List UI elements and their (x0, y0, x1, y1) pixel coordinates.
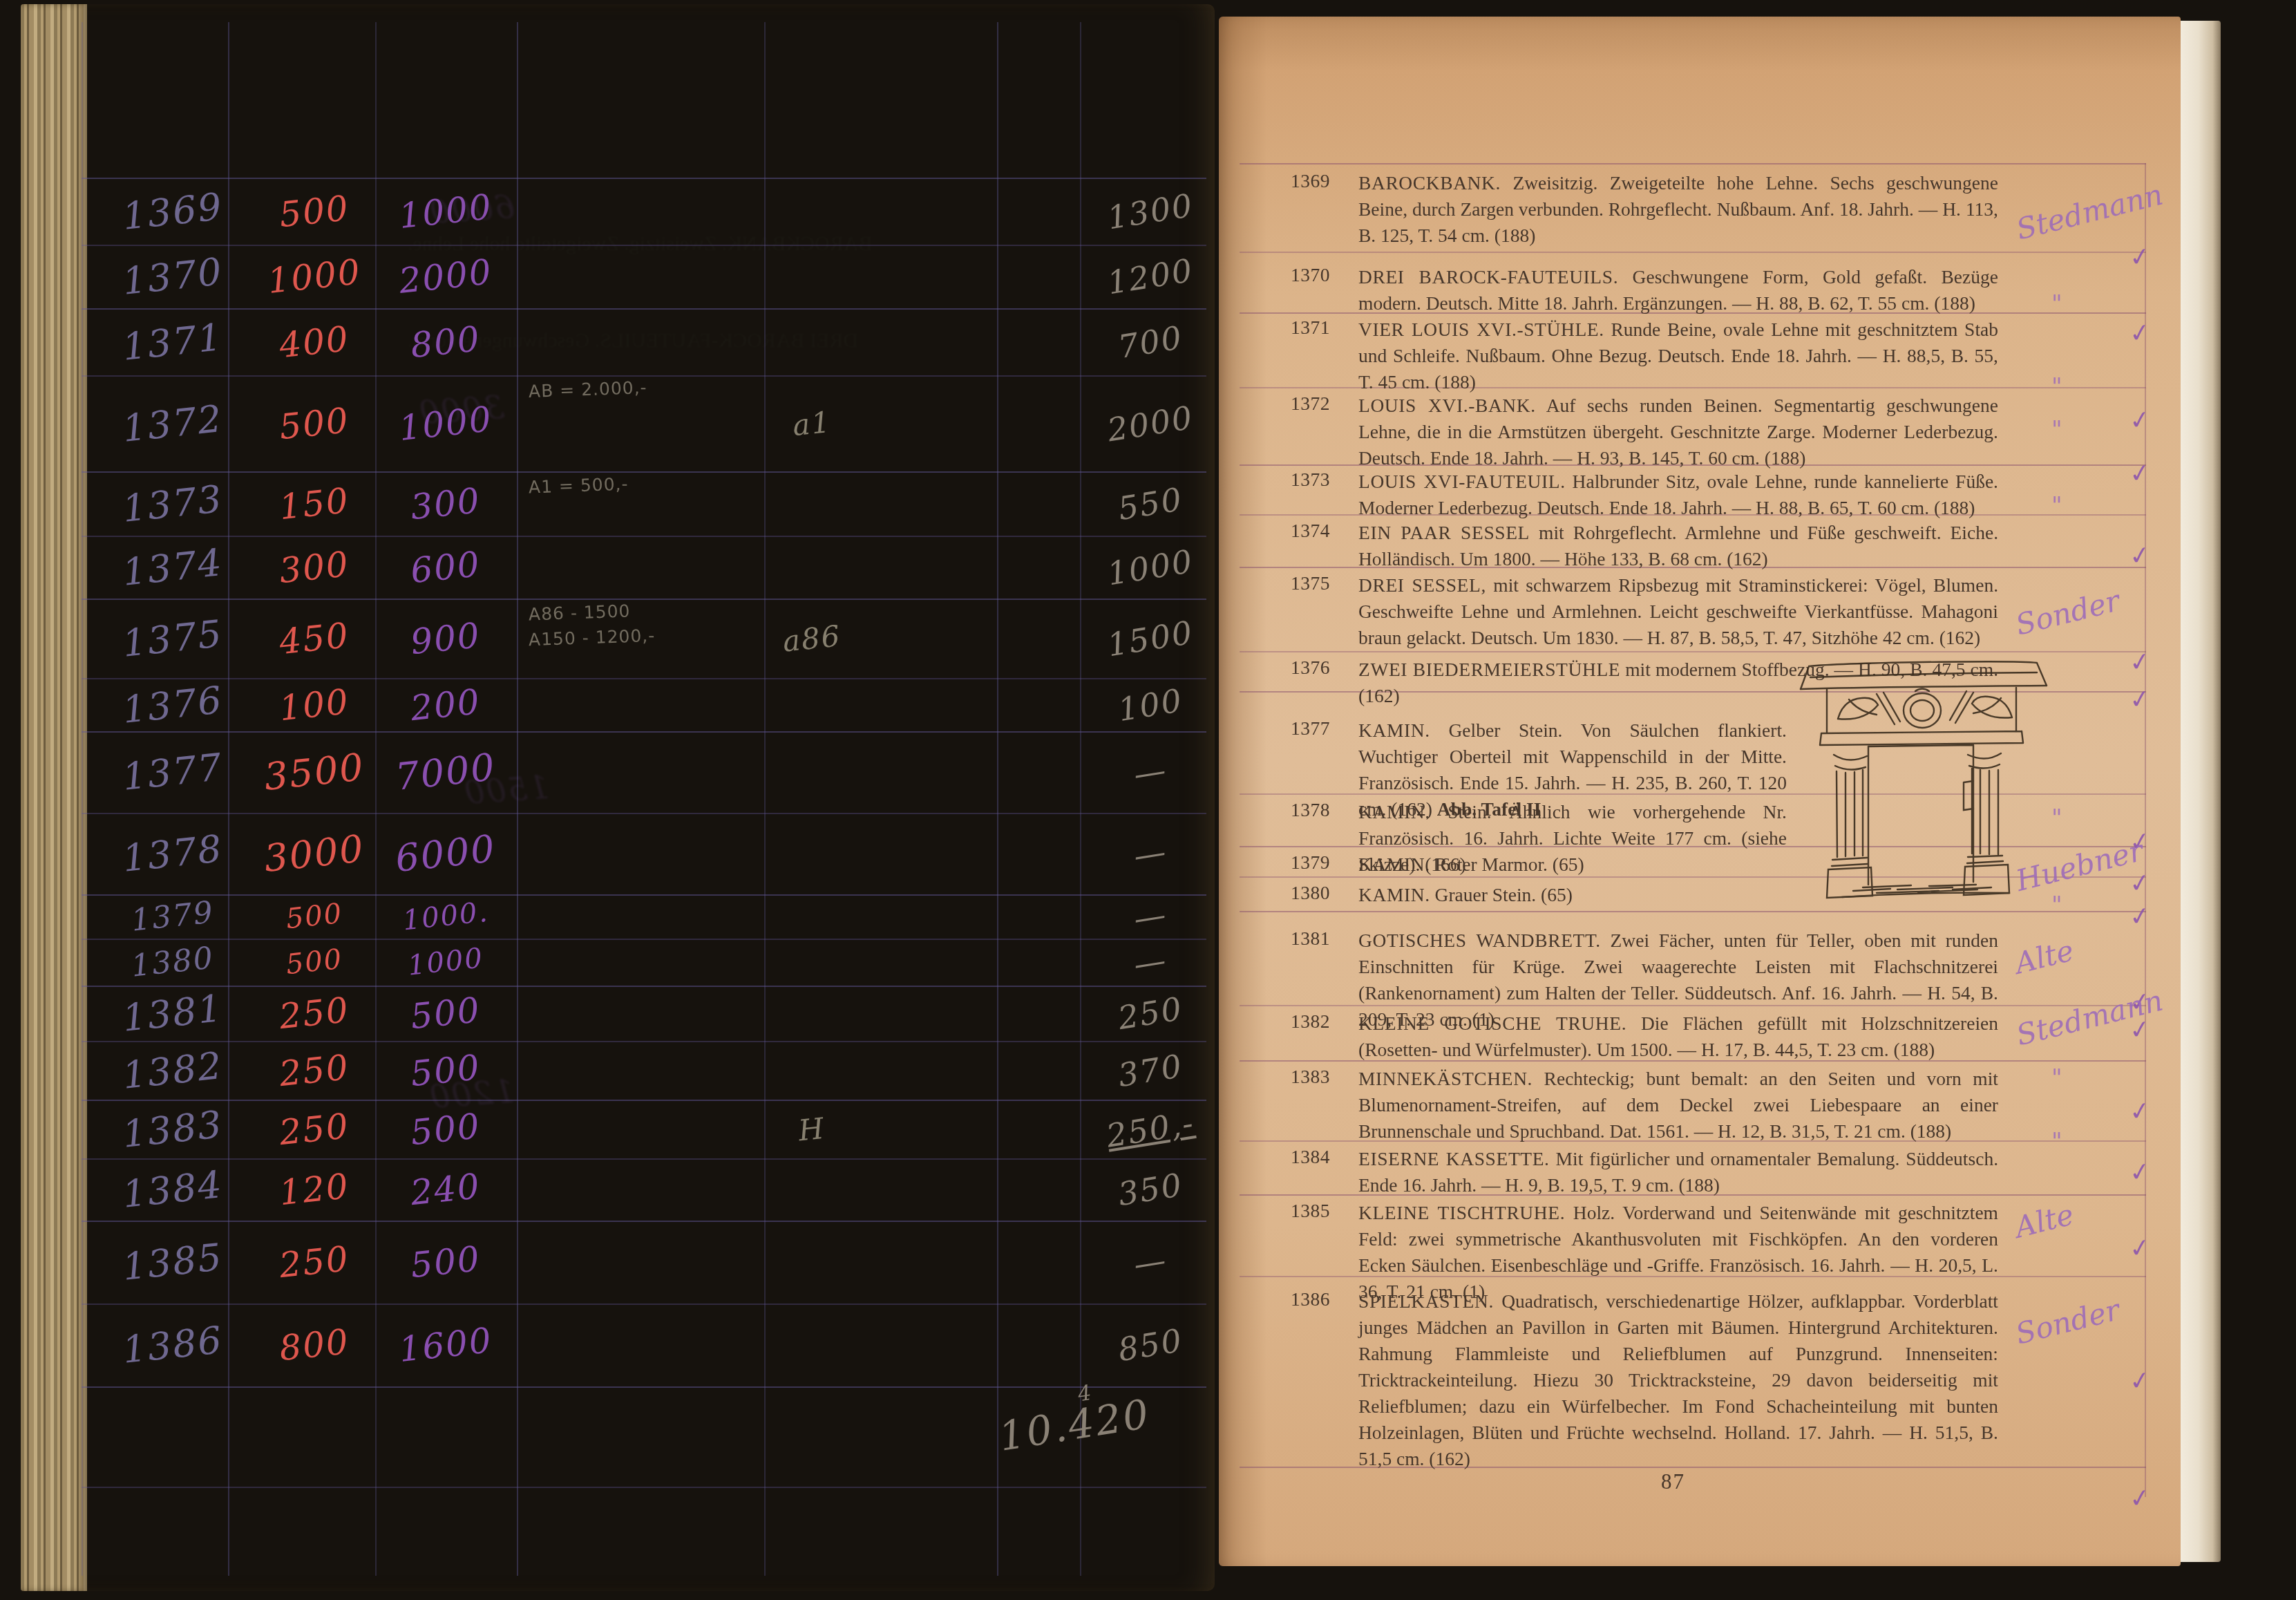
hammer-price-pencil: 350 (1076, 1160, 1225, 1219)
entry-title: BAROCKBANK. (1358, 172, 1501, 194)
entry-text: DREI BAROCK-FAUTEUILS. Geschwungene Form… (1358, 264, 1998, 317)
ledger-row: 137830006000— (21, 813, 1215, 894)
bleed-through-number: 1200 (427, 1073, 516, 1116)
catalog-entry: 1369BAROCKBANK. Zweisitzig. Zweigeteilte… (1291, 170, 1998, 249)
buyer-name-annotation: Alte (2011, 933, 2077, 980)
print-bleed-through: BAROCKBANK. Zweisitzig. Zweigeteilte hoh… (408, 232, 872, 256)
page-number: 87 (1661, 1469, 1685, 1494)
buyer-name-annotation: Sonder (2012, 1292, 2123, 1351)
buyer-code-pencil: a1 (766, 402, 858, 444)
lot-number: 1369 (108, 183, 237, 239)
catalog-entry: 1374EIN PAAR SESSEL mit Rohrgeflecht. Ar… (1291, 520, 1998, 572)
ditto-mark: " (2051, 892, 2062, 919)
print-bleed-through: DREI BAROCK-FAUTEUILS. Geschwungene Form… (408, 329, 858, 352)
estimate-price-purple: 1000 (375, 939, 516, 986)
entry-number: 1379 (1291, 851, 1353, 874)
hammer-price-pencil: 1300 (1076, 181, 1225, 241)
pencil-note: A150 - 1200,- (529, 625, 656, 650)
ledger-row: 1382250500370 (21, 1041, 1215, 1100)
bleed-through-number: 3000 (417, 388, 506, 432)
catalog-entry: 1375DREI SESSEL, mit schwarzem Ripsbezug… (1291, 572, 1998, 651)
entry-number: 1380 (1291, 882, 1353, 904)
entry-text: DREI SESSEL, mit schwarzem Ripsbezug mit… (1358, 572, 1998, 651)
entry-body: Quadratisch, verschiedenartige Hölzer, a… (1358, 1290, 1998, 1469)
lot-number: 1380 (109, 938, 236, 986)
bleed-through-number: 6000 (427, 188, 516, 232)
entry-number: 1385 (1291, 1200, 1353, 1222)
book-scan: 1369500100013001370100020001200137140080… (0, 0, 2296, 1600)
lot-number: 1378 (108, 825, 237, 881)
lot-number: 1386 (108, 1317, 237, 1373)
entry-title: VIER LOUIS XVI.-STÜHLE. (1358, 319, 1604, 340)
entry-number: 1375 (1291, 572, 1353, 594)
entry-number: 1382 (1291, 1010, 1353, 1033)
entry-number: 1374 (1291, 520, 1353, 542)
entry-title: GOTISCHES WANDBRETT. (1358, 930, 1601, 951)
check-mark: ✓ (2127, 405, 2152, 436)
entry-text: MINNEKÄSTCHEN. Rechteckig; bunt bemalt: … (1358, 1066, 1998, 1145)
ledger-row: 137735007000— (21, 731, 1215, 813)
limit-price-red: 120 (247, 1163, 381, 1216)
ledger-total: 10.420 4 (996, 1390, 1154, 1460)
bleed-through-number: 1500 (462, 769, 551, 812)
ditto-mark: " (2051, 804, 2062, 832)
lot-number: 1379 (109, 892, 236, 941)
catalog-entry: 1386SPIELKASTEN. Quadratisch, verschiede… (1291, 1288, 1998, 1472)
estimate-price-purple: 500 (375, 986, 517, 1041)
entry-number: 1376 (1291, 657, 1353, 679)
entry-number: 1384 (1291, 1146, 1353, 1168)
entry-title: KAMIN. (1358, 801, 1430, 822)
ledger-row: 13743006001000 (21, 536, 1215, 599)
ditto-mark: " (2051, 492, 2062, 520)
check-mark: ✓ (2127, 1483, 2152, 1514)
lot-number: 1374 (108, 539, 237, 595)
buyer-code-pencil: H (766, 1107, 858, 1150)
estimate-price-purple: 600 (375, 540, 517, 594)
limit-price-red: 3500 (247, 744, 382, 801)
hammer-price-pencil: — (1076, 1232, 1225, 1292)
ledger-total-value: 10.420 (996, 1390, 1154, 1460)
catalog-entry: 1371VIER LOUIS XVI.-STÜHLE. Runde Beine,… (1291, 317, 1998, 395)
limit-price-red: 300 (247, 540, 381, 594)
estimate-price-purple: 240 (375, 1163, 517, 1217)
hammer-price-pencil: 250,- (1076, 1099, 1225, 1158)
entry-title: SPIELKASTEN. (1358, 1290, 1494, 1312)
ledger-row: 13754509001500a86A86 - 1500A150 - 1200,- (21, 599, 1215, 678)
lot-number: 1384 (108, 1161, 237, 1217)
limit-price-red: 500 (247, 894, 381, 939)
entry-text: VIER LOUIS XVI.-STÜHLE. Runde Beine, ova… (1358, 317, 1998, 395)
entry-text: SPIELKASTEN. Quadratisch, verschiedenart… (1358, 1288, 1998, 1472)
entry-text: BAROCKBANK. Zweisitzig. Zweigeteilte hoh… (1358, 170, 1998, 249)
ledger-row: 1381250500250 (21, 986, 1215, 1041)
ledger-row: 1373150300550A1 = 500,- (21, 471, 1215, 536)
lot-number: 1377 (108, 744, 237, 800)
estimate-price-purple: 6000 (374, 825, 516, 883)
limit-price-red: 450 (247, 612, 381, 666)
estimate-price-purple: 300 (375, 476, 517, 531)
lot-number: 1370 (108, 248, 237, 304)
entry-title: DREI SESSEL, (1358, 574, 1486, 596)
buyer-name-annotation: Stedmann (2013, 178, 2166, 247)
entry-text: LOUIS XVI.-BANK. Auf sechs runden Beinen… (1358, 393, 1998, 471)
limit-price-red: 800 (247, 1318, 381, 1372)
page-fore-edge (2181, 21, 2221, 1562)
estimate-price-purple: 2000 (375, 250, 517, 304)
entry-number: 1369 (1291, 170, 1353, 192)
check-mark: ✓ (2127, 1096, 2152, 1127)
catalog-page: 1369BAROCKBANK. Zweisitzig. Zweigeteilte… (1219, 17, 2181, 1566)
ledger-row: 13868001600850 (21, 1303, 1215, 1386)
limit-price-red: 500 (247, 185, 381, 238)
estimate-price-purple: 900 (375, 611, 517, 666)
estimate-price-purple: 1000. (375, 894, 516, 940)
entry-title: EIN PAAR SESSEL (1358, 522, 1530, 543)
buyer-name-annotation: Alte (2011, 1197, 2077, 1244)
entry-title: LOUIS XVI.-BANK. (1358, 395, 1536, 416)
ledger-row: 1384120240350 (21, 1158, 1215, 1221)
entry-number: 1371 (1291, 317, 1353, 339)
catalog-entry: 1370DREI BAROCK-FAUTEUILS. Geschwungene … (1291, 264, 1998, 317)
lot-number: 1383 (108, 1101, 237, 1157)
entry-title: KAMIN. (1358, 854, 1430, 875)
hammer-price-pencil: 250 (1076, 983, 1225, 1043)
hammer-price-pencil: — (1076, 824, 1225, 883)
hammer-price-pencil: 700 (1076, 312, 1225, 371)
buyer-name-annotation: Sonder (2012, 583, 2123, 642)
ledger-row: 1376100200100 (21, 678, 1215, 731)
ditto-mark: " (2051, 373, 2062, 401)
catalog-entry: 1373LOUIS XVI-FAUTEUIL. Halbrunder Sitz,… (1291, 469, 1998, 521)
entry-title: DREI BAROCK-FAUTEUILS. (1358, 266, 1618, 288)
entry-number: 1373 (1291, 469, 1353, 491)
entry-number: 1378 (1291, 799, 1353, 821)
hammer-price-pencil: 1200 (1076, 247, 1225, 306)
check-mark: ✓ (2127, 684, 2152, 715)
entry-title: KLEINE GOTISCHE TRUHE. (1358, 1013, 1626, 1034)
ledger-row: 1383250500250,-H (21, 1100, 1215, 1158)
entry-body: Grauer Stein. (65) (1435, 884, 1573, 905)
limit-price-red: 3000 (247, 825, 382, 883)
ledger-row: 1385250500— (21, 1221, 1215, 1303)
entry-title: LOUIS XVI-FAUTEUIL. (1358, 471, 1566, 492)
catalog-entry: 1382KLEINE GOTISCHE TRUHE. Die Flächen g… (1291, 1010, 1998, 1063)
hammer-price-pencil: — (1076, 742, 1225, 802)
entry-title: KAMIN. (1358, 719, 1430, 741)
entry-title: KLEINE TISCHTRUHE. (1358, 1202, 1565, 1223)
estimate-price-purple: 500 (375, 1235, 517, 1290)
limit-price-red: 150 (247, 477, 381, 531)
limit-price-red: 250 (247, 1235, 381, 1289)
entry-title: KAMIN. (1358, 884, 1430, 905)
entry-text: EIN PAAR SESSEL mit Rohrgeflecht. Armleh… (1358, 520, 1998, 572)
entry-text: LOUIS XVI-FAUTEUIL. Halbrunder Sitz, ova… (1358, 469, 1998, 521)
hammer-price-pencil: — (1076, 932, 1225, 992)
lot-number: 1373 (108, 476, 237, 531)
check-mark: ✓ (2127, 1157, 2152, 1188)
check-mark: ✓ (2127, 318, 2152, 349)
estimate-price-purple: 1600 (375, 1318, 517, 1373)
check-mark: ✓ (2127, 242, 2152, 273)
hammer-price-pencil: 370 (1076, 1040, 1225, 1100)
hammer-price-pencil: 550 (1076, 473, 1225, 533)
ledger-row-rule (82, 1386, 1206, 1388)
lot-number: 1371 (108, 314, 237, 370)
catalog-entry: 1383MINNEKÄSTCHEN. Rechteckig; bunt bema… (1291, 1066, 1998, 1145)
estimate-price-purple: 200 (375, 677, 517, 732)
ledger-row-rule (82, 1487, 1206, 1488)
hammer-price-pencil: 1500 (1076, 608, 1225, 668)
hammer-price-pencil: 1000 (1076, 537, 1225, 596)
catalog-entry: 1372LOUIS XVI.-BANK. Auf sechs runden Be… (1291, 393, 1998, 471)
pencil-note: A86 - 1500 (529, 601, 631, 624)
lot-number: 1376 (108, 677, 237, 733)
check-mark: ✓ (2127, 901, 2152, 932)
pencil-note: A1 = 500,- (529, 473, 629, 497)
limit-price-red: 1000 (247, 250, 381, 303)
pencil-note: AB = 2.000,- (529, 377, 648, 402)
ditto-mark: " (2051, 1064, 2062, 1092)
entry-number: 1381 (1291, 928, 1353, 950)
catalog-entry: 1384EISERNE KASSETTE. Mit figürlicher un… (1291, 1146, 1998, 1198)
limit-price-red: 250 (247, 1102, 381, 1156)
ditto-mark: " (2051, 1128, 2062, 1156)
check-mark: ✓ (2127, 540, 2152, 572)
hammer-price-pencil: 850 (1076, 1315, 1225, 1375)
limit-price-red: 250 (247, 1044, 381, 1098)
ledger-row: 13795001000.— (21, 894, 1215, 939)
check-mark: ✓ (2127, 868, 2152, 899)
limit-price-red: 400 (247, 315, 381, 369)
check-mark: ✓ (2127, 1233, 2152, 1264)
ledger-page: 1369500100013001370100020001200137140080… (21, 4, 1215, 1591)
entry-text: EISERNE KASSETTE. Mit figürlicher und or… (1358, 1146, 1998, 1198)
lot-number: 1385 (108, 1234, 237, 1290)
catalog-entry-rule (1240, 163, 2146, 164)
limit-price-red: 500 (247, 939, 381, 985)
entry-number: 1377 (1291, 717, 1353, 740)
hammer-price-pencil: 100 (1076, 675, 1225, 734)
check-mark: ✓ (2127, 1366, 2152, 1397)
ditto-mark: " (2051, 416, 2062, 444)
buyer-code-pencil: a86 (766, 617, 858, 659)
lot-number: 1381 (108, 985, 237, 1041)
check-mark: ✓ (2127, 1015, 2152, 1046)
check-mark: ✓ (2127, 458, 2152, 489)
entry-title: MINNEKÄSTCHEN. (1358, 1068, 1533, 1089)
entry-number: 1370 (1291, 264, 1353, 286)
lot-number: 1375 (108, 610, 237, 666)
entry-number: 1386 (1291, 1288, 1353, 1310)
entry-number: 1372 (1291, 393, 1353, 415)
hammer-price-pencil: 2000 (1076, 393, 1225, 453)
limit-price-red: 250 (247, 986, 381, 1040)
entry-body: Roter Marmor. (65) (1435, 854, 1584, 875)
lot-number: 1372 (108, 395, 237, 451)
entry-title: EISERNE KASSETTE. (1358, 1148, 1550, 1169)
ledger-row: 13805001000— (21, 939, 1215, 986)
lot-number: 1382 (108, 1042, 237, 1098)
limit-price-red: 500 (247, 397, 381, 451)
entry-title: ZWEI BIEDERMEIERSTÜHLE (1358, 659, 1620, 680)
limit-price-red: 100 (247, 678, 381, 732)
ledger-row: 137250010002000a1AB = 2.000,- (21, 375, 1215, 471)
catalog-entry-rule (1240, 252, 2146, 253)
entry-number: 1383 (1291, 1066, 1353, 1088)
check-mark: ✓ (2127, 647, 2152, 678)
entry-text: KLEINE GOTISCHE TRUHE. Die Flächen gefül… (1358, 1010, 1998, 1063)
ditto-mark: " (2051, 290, 2062, 318)
